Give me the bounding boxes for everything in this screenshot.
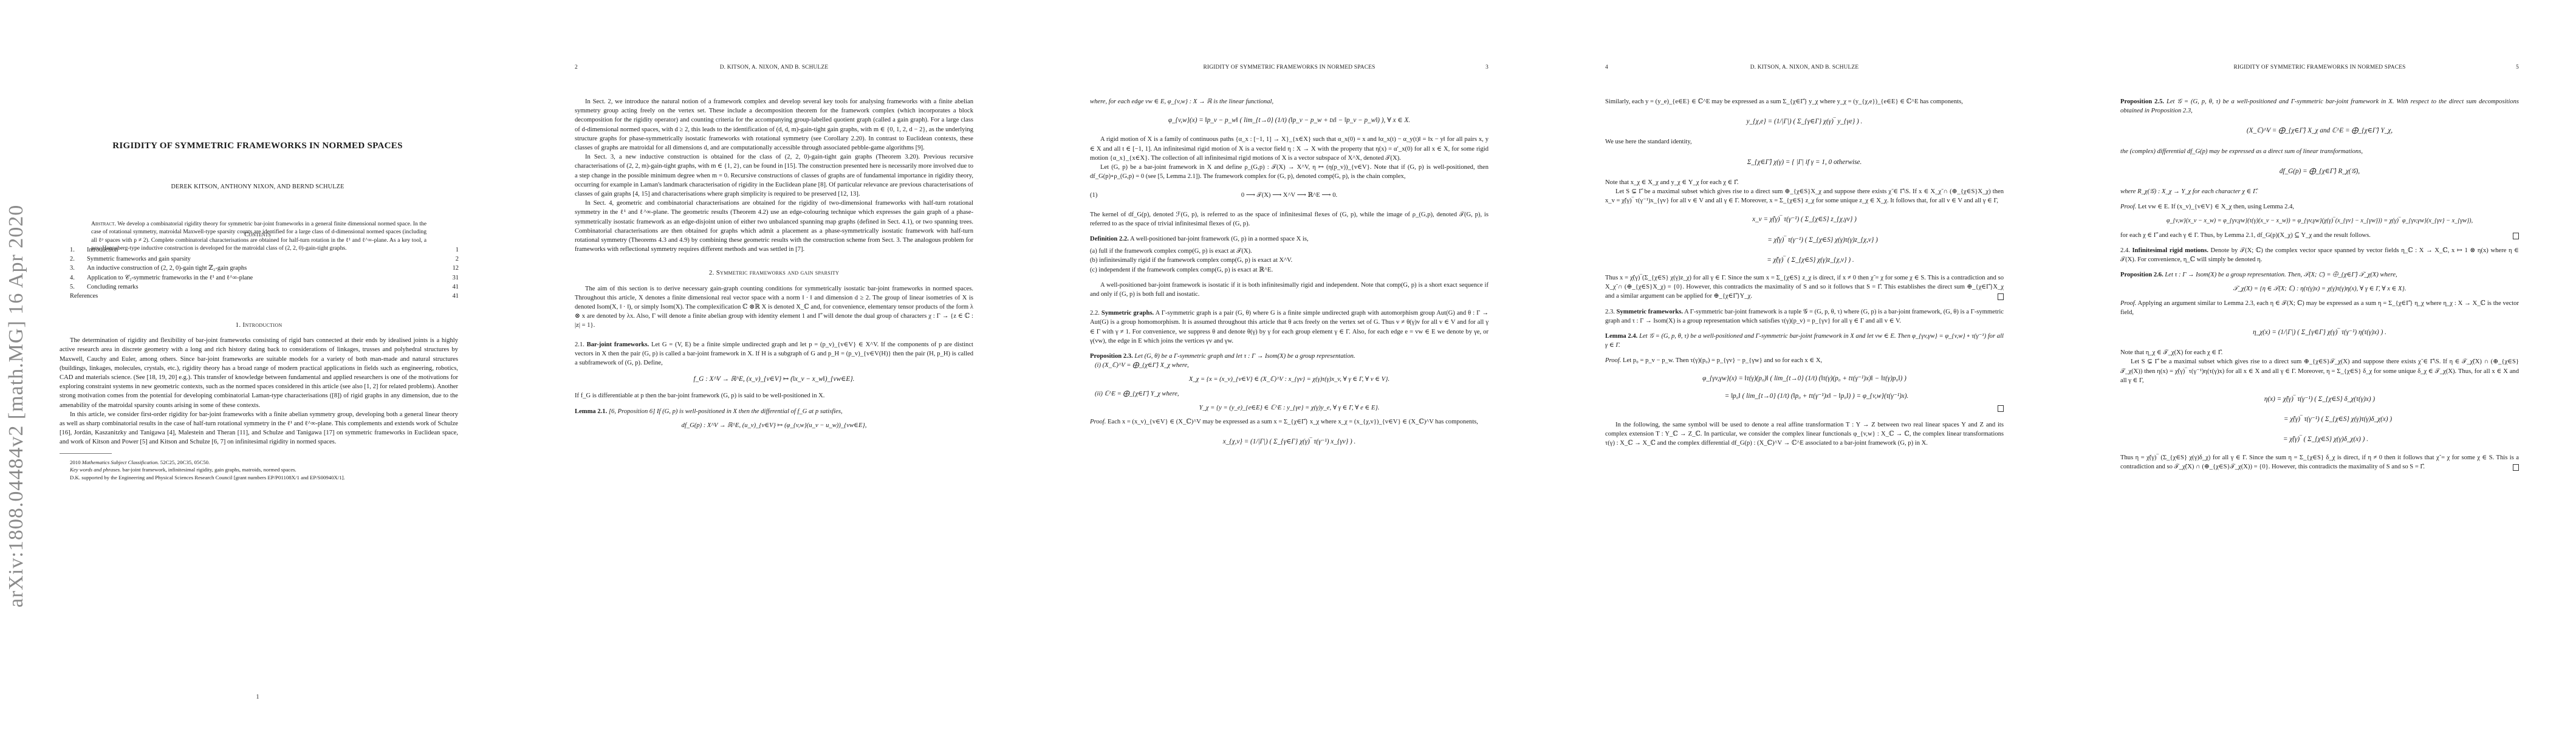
msc-label: Mathematics Subject Classification. [82,459,159,465]
lemma-text: Let 𝒢 = (G, p, θ, τ) be a well-positione… [1605,333,2004,349]
paragraph: for each χ ∈ Γ̂ and each γ ∈ Γ. Thus, by… [2120,231,2519,240]
qed-box-icon [2513,233,2519,239]
proposition-2-5: Proposition 2.5. Let 𝒢 = (G, p, θ, τ) be… [2120,97,2519,115]
toc-page: 1 [456,245,459,255]
subsection-title: Symmetric frameworks. [1617,309,1683,315]
toc-entry[interactable]: 5. Concluding remarks 41 [70,282,459,292]
paragraph: We use here the standard identity, [1605,137,2004,146]
lemma-2-1: Lemma 2.1. [6, Proposition 6] If (G, p) … [575,407,973,416]
equation-line: φ_{γv,γw}(x) = ‖τ(γ)(p₀)‖ ( lim_{t→0} (1… [1605,374,2004,383]
proof-label: Proof. [2120,300,2136,307]
toc-number: 1. [70,245,75,255]
pdf-page-5: RIGIDITY OF SYMMETRIC FRAMEWORKS IN NORM… [2061,0,2576,729]
toc-label: Application to 𝒞₂-symmetric frameworks i… [87,273,253,282]
proposition-text: Let τ : Γ → Isom(X) be a group represent… [2165,272,2397,278]
paragraph: In this article, we consider first-order… [60,410,458,447]
spacer [1090,275,1488,281]
paragraph: In Sect. 4, geometric and combinatorial … [575,199,973,254]
footnotes: 2010 Mathematics Subject Classification.… [60,459,458,482]
pdf-page-2: 2 D. KITSON, A. NIXON, AND B. SCHULZE In… [515,0,1030,729]
paragraph: In Sect. 2, we introduce the natural not… [575,97,973,152]
paragraph: The aim of this section is to derive nec… [575,284,973,330]
toc-entry[interactable]: 4. Application to 𝒞₂-symmetric framework… [70,273,459,282]
subsection-number: 2.3. [1605,309,1615,315]
toc-entry[interactable]: 1. Introduction 1 [70,245,459,255]
lemma-text: [6, Proposition 6] If (G, p) is well-pos… [609,408,843,415]
proof-label: Proof. [1605,357,1621,364]
qed-box-icon [2513,464,2519,471]
equation-line: x_v = χ̃(γ)‾ τ(γ⁻¹) ( Σ_{χ∈S} z_{χ,γv} ) [1605,215,2004,224]
definition-label: Definition 2.2. [1090,236,1129,242]
paragraph: Thus x = χ̃(γ)‾(Σ_{χ∈S} χ(γ)z_χ) for all… [1605,273,2004,301]
proposition-label: Proposition 2.5. [2120,98,2164,105]
running-title: RIGIDITY OF SYMMETRIC FRAMEWORKS IN NORM… [2120,64,2519,70]
page-4-body: Similarly, each y = (y_e)_{e∈E} ∈ ℂ^E ma… [1605,97,2004,448]
paragraph-text: Thus η = χ̃(γ)‾ (Σ_{χ∈S} χ(γ)δ_χ) for al… [2120,454,2519,470]
page-number: 4 [1605,64,1608,70]
equation-line: = χ̃(γ)‾ ( Σ_{χ∈S} χ(γ)δ_χ(x) ) . [2120,435,2519,444]
equation-proof: φ_{v,w}(x_v − x_w) = φ_{γv,γw}(τ(γ)(x_v … [2120,216,2519,225]
page-number: 2 [575,64,578,70]
running-head: RIGIDITY OF SYMMETRIC FRAMEWORKS IN NORM… [2120,64,2519,70]
paragraph-text: for each χ ∈ Γ̂ and each γ ∈ Γ. Thus, by… [2120,232,2371,239]
equation-fG: f_G : X^V → ℝ^E, (x_v)_{v∈V} ↦ (‖x_v − x… [575,375,973,384]
paragraph: Similarly, each y = (y_e)_{e∈E} ∈ ℂ^E ma… [1605,97,2004,106]
paragraph: Note that x_χ ∈ X_χ and y_χ ∈ Y_χ for ea… [1605,178,2004,187]
equation-decomposition: (X_ℂ)^V = ⨁_{χ∈Γ̂} X_χ and ℂ^E = ⨁_{χ∈Γ̂… [2120,126,2519,135]
keywords-value: bar-joint framework, infinitesimal rigid… [121,467,296,473]
footnote-msc: 2010 Mathematics Subject Classification.… [60,459,458,467]
definition-item: (a) full if the framework complex comp(G… [1090,247,1488,256]
toc-number: 3. [70,264,75,273]
definition-text: A well-positioned bar-joint framework (G… [1130,236,1309,242]
paragraph: Thus η = χ̃(γ)‾ (Σ_{χ∈S} χ(γ)δ_χ) for al… [2120,453,2519,471]
paragraph: In Sect. 3, a new inductive construction… [575,152,973,199]
paragraph: Let S ⊊ Γ̂ be a maximal subset which giv… [1605,187,2004,205]
definition-item: (b) infinitesimally rigid if the framewo… [1090,256,1488,265]
qed-box-icon [1998,405,2004,412]
paragraph-text: Thus x = χ̃(γ)‾(Σ_{χ∈S} χ(γ)z_χ) for all… [1605,275,2004,299]
toc-label: An inductive construction of (2, 2, 0)-g… [87,264,247,273]
proposition-text: Let 𝒢 = (G, p, θ, τ) be a well-positione… [2120,98,2519,114]
qed-row [1605,403,2004,414]
spacer [1090,228,1488,234]
page-2-body: In Sect. 2, we introduce the natural not… [575,97,973,435]
page-3-body: where, for each edge vw ∈ E, φ_{v,w} : X… [1090,97,1488,457]
lemma-2-4: Lemma 2.4. Let 𝒢 = (G, p, θ, τ) be a wel… [1605,332,2004,350]
subsection-title: Bar-joint frameworks. [587,341,649,348]
spacer [1605,301,2004,307]
proposition-2-6: Proposition 2.6. Let τ : Γ → Isom(X) be … [2120,270,2519,279]
proof: Proof. Applying an argument similar to L… [2120,299,2519,317]
page-number: 5 [2516,64,2519,70]
equation-line: η(x) = χ̃(γ)‾ τ(γ⁻¹) ( Σ_{χ∈S} δ_χ(τ(γ)x… [2120,395,2519,404]
proof-text: Let vw ∈ E. If (x_v)_{v∈V} ∈ X_χ then, u… [2138,204,2294,210]
equation-xchiv: x_{χ,v} = (1/|Γ|) ( Σ_{γ∈Γ} χ(γ)‾ τ(γ⁻¹)… [1090,437,1488,447]
msc-value: 52C25, 20C35, 05C50. [159,459,210,465]
spacer [2120,196,2519,202]
proposition-label: Proposition 2.3. [1090,353,1133,360]
contents-heading: Contents [0,231,515,238]
paper-title: RIGIDITY OF SYMMETRIC FRAMEWORKS IN NORM… [0,141,515,151]
lemma-label: Lemma 2.1. [575,408,607,415]
spacer [575,330,973,340]
equation-dfG: df_G(p) : X^V → ℝ^E, (u_v)_{v∈V} ↦ (φ_{v… [575,421,973,430]
running-head: RIGIDITY OF SYMMETRIC FRAMEWORKS IN NORM… [1090,64,1488,70]
footnote-rule [60,453,112,454]
paragraph: where, for each edge vw ∈ E, φ_{v,w} : X… [1090,97,1488,106]
table-of-contents: 1. Introduction 1 2. Symmetric framework… [70,245,459,301]
equation-line: = χ̃(γ)‾ ( Σ_{χ∈S} χ(γ)z_{χ,v} ) . [1605,256,2004,265]
page-number: 1 [0,694,515,700]
paragraph: Let S ⊊ Γ̂ be a maximal subset which giv… [2120,357,2519,385]
toc-label: Introduction [87,245,118,255]
toc-entry[interactable]: 2. Symmetric frameworks and gain sparsit… [70,255,459,264]
footnote-keywords: Key words and phrases. bar-joint framewo… [60,466,458,474]
toc-number: 2. [70,255,75,264]
equation-Xchi: X_χ = {x = (x_v)_{v∈V} ∈ (X_ℂ)^V : x_{γv… [1090,375,1488,384]
running-head: 2 D. KITSON, A. NIXON, AND B. SCHULZE [575,64,973,70]
toc-entry-references[interactable]: References 41 [70,292,459,301]
paragraph: Let (G, p) be a bar-joint framework in X… [1090,163,1488,181]
proof: Proof. Let vw ∈ E. If (x_v)_{v∈V} ∈ X_χ … [2120,202,2519,211]
subsection-number: 2.4. [2120,247,2130,254]
equation-Ychi: Y_χ = {y = (y_e)_{e∈E} ∈ ℂ^E : y_{γe} = … [1090,403,1488,412]
subsection-2-3: 2.3. Symmetric frameworks. A Γ-symmetric… [1605,307,2004,326]
toc-page: 2 [456,255,459,264]
toc-page: 41 [453,282,459,292]
proposition-label: Proposition 2.6. [2120,272,2163,278]
paragraph: If f_G is differentiable at p then the b… [575,391,973,400]
spacer [1605,326,2004,332]
paper-authors: DEREK KITSON, ANTHONY NIXON, AND BERND S… [0,183,515,190]
proposition-item: (ii) ℂ^E = ⨁_{χ∈Γ̂} Y_χ where, [1090,389,1488,399]
spacer [2120,264,2519,270]
arxiv-stamp: arXiv:1808.04484v2 [math.MG] 16 Apr 2020 [5,205,28,607]
paragraph: In the following, the same symbol will b… [1605,420,2004,448]
toc-page: 31 [453,273,459,282]
proof: Proof. Each x = (x_v)_{v∈V} ∈ (X_ℂ)^V ma… [1090,417,1488,426]
toc-label: Concluding remarks [87,282,139,292]
equation-etachi: η_χ(x) = (1/|Γ|) ( Σ_{γ∈Γ} χ(γ)‾ τ(γ⁻¹) … [2120,328,2519,337]
spacer [575,401,973,407]
abstract-label: Abstract. [91,221,116,227]
lemma-label: Lemma 2.4. [1605,333,1637,340]
pdf-page-4: 4 D. KITSON, A. NIXON, AND B. SCHULZE Si… [1546,0,2061,729]
equation-chain-complex: (1) 0 ⟶ 𝒯(X) ⟶ X^V ⟶ ℝ^E ⟶ 0. [1090,191,1488,200]
pdf-page-1: arXiv:1808.04484v2 [math.MG] 16 Apr 2020… [0,0,515,729]
subsection-2-2: 2.2. Symmetric graphs. A Γ-symmetric gra… [1090,309,1488,346]
equation-phi: φ_{v,w}(x) = ‖p_v − p_w‖ ( lim_{t→0} (1/… [1090,116,1488,125]
paragraph: Note that η_χ ∈ 𝒯_χ(X) for each χ ∈ Γ̂. [2120,348,2519,357]
running-title: RIGIDITY OF SYMMETRIC FRAMEWORKS IN NORM… [1090,64,1488,70]
toc-label: Symmetric frameworks and gain sparsity [87,255,191,264]
equation-number: (1) [1090,191,1097,200]
equation-line: = ‖p₀‖ ( lim_{t→0} (1/t) (‖p₀ + tτ(γ⁻¹)x… [1605,392,2004,401]
definition-2-2: Definition 2.2. A well-positioned bar-jo… [1090,234,1488,244]
running-title: D. KITSON, A. NIXON, AND B. SCHULZE [575,64,973,70]
subsection-2-1: 2.1. Bar-joint frameworks. Let G = (V, E… [575,340,973,368]
equation-identity: Σ_{χ∈Γ̂} χ(γ) = { |Γ| if γ = 1, 0 otherw… [1605,158,2004,167]
proposition-item: (i) (X_ℂ)^V = ⨁_{χ∈Γ̂} X_χ where, [1090,361,1488,370]
toc-page: 12 [453,264,459,273]
toc-number: 5. [70,282,75,292]
equation-Tchi: 𝒯_χ(X) = {η ∈ 𝒯(X; ℂ) : η(τ(γ)x) = χ(γ)τ… [2120,284,2519,293]
paragraph: where R_χ(𝒢) : X_χ → Y_χ for each charac… [2120,187,2519,196]
chain-complex: 0 ⟶ 𝒯(X) ⟶ X^V ⟶ ℝ^E ⟶ 0. [1241,192,1337,199]
paragraph: The determination of rigidity and flexib… [60,336,458,410]
running-head: 4 D. KITSON, A. NIXON, AND B. SCHULZE [1605,64,2004,70]
proof-label: Proof. [2120,204,2136,210]
subsection-number: 2.1. [575,341,584,348]
paragraph: The kernel of df_G(p), denoted ℱ(G, p), … [1090,210,1488,228]
qed-box-icon [1998,293,2004,300]
proof-text: Each x = (x_v)_{v∈V} ∈ (X_ℂ)^V may be ex… [1108,419,1478,425]
spacer [1090,346,1488,352]
section-heading: 2. Symmetric frameworks and gain sparsit… [575,269,973,278]
spacer [1605,414,2004,420]
pdf-page-3: RIGIDITY OF SYMMETRIC FRAMEWORKS IN NORM… [1030,0,1546,729]
paragraph: the (complex) differential df_G(p) may b… [2120,147,2519,156]
spacer [1090,299,1488,309]
proposition-2-3: Proposition 2.3. Let (G, θ) be a Γ-symme… [1090,352,1488,361]
msc-year: 2010 [70,459,82,465]
section-heading: 1. Introduction [60,321,458,330]
running-title: D. KITSON, A. NIXON, AND B. SCHULZE [1605,64,2004,70]
paragraph: A rigid motion of X is a family of conti… [1090,135,1488,163]
toc-entry[interactable]: 3. An inductive construction of (2, 2, 0… [70,264,459,273]
spacer [2120,240,2519,246]
subsection-title: Infinitesimal rigid motions. [2132,247,2208,254]
proof-text: Let p₀ = p_v − p_w. Then τ(γ)(p₀) = p_{γ… [1623,357,1822,364]
equation-df: df_G(p) = ⨁_{χ∈Γ̂} R_χ(𝒢), [2120,167,2519,176]
page-1-body: 1. Introduction The determination of rig… [60,321,458,481]
equation-line: = χ̃(γ)‾ τ(γ⁻¹) ( Σ_{χ∈S} χ(γ)τ(γ)z_{χ,v… [1605,236,2004,245]
paragraph: A well-positioned bar-joint framework is… [1090,281,1488,299]
toc-page: 41 [453,292,459,301]
keywords-label: Key words and phrases. [70,467,121,473]
page-5-body: Proposition 2.5. Let 𝒢 = (G, p, θ, τ) be… [2120,97,2519,471]
definition-item: (c) independent if the framework complex… [1090,265,1488,275]
subsection-number: 2.2. [1090,310,1100,317]
proposition-text: Let (G, θ) be a Γ-symmetric graph and le… [1134,353,1355,360]
subsection-2-4: 2.4. Infinitesimal rigid motions. Denote… [2120,246,2519,264]
footnote-support: D.K. supported by the Engineering and Ph… [60,474,458,482]
proof-text: Applying an argument similar to Lemma 2.… [2120,300,2519,316]
toc-label: References [70,292,98,301]
proof-label: Proof. [1090,419,1106,425]
proof: Proof. Let p₀ = p_v − p_w. Then τ(γ)(p₀)… [1605,356,2004,365]
page-number: 3 [1485,64,1488,70]
spacer [1605,350,2004,356]
toc-number: 4. [70,273,75,282]
subsection-title: Symmetric graphs. [1101,310,1154,317]
equation-line: = χ̃(γ)‾ τ(γ⁻¹) ( Σ_{χ∈S} χ(γ)τ(γ)δ_χ(x)… [2120,415,2519,424]
equation-ychie: y_{χ,e} = (1/|Γ|) ( Σ_{γ∈Γ} χ(γ)‾ y_{γe}… [1605,117,2004,126]
